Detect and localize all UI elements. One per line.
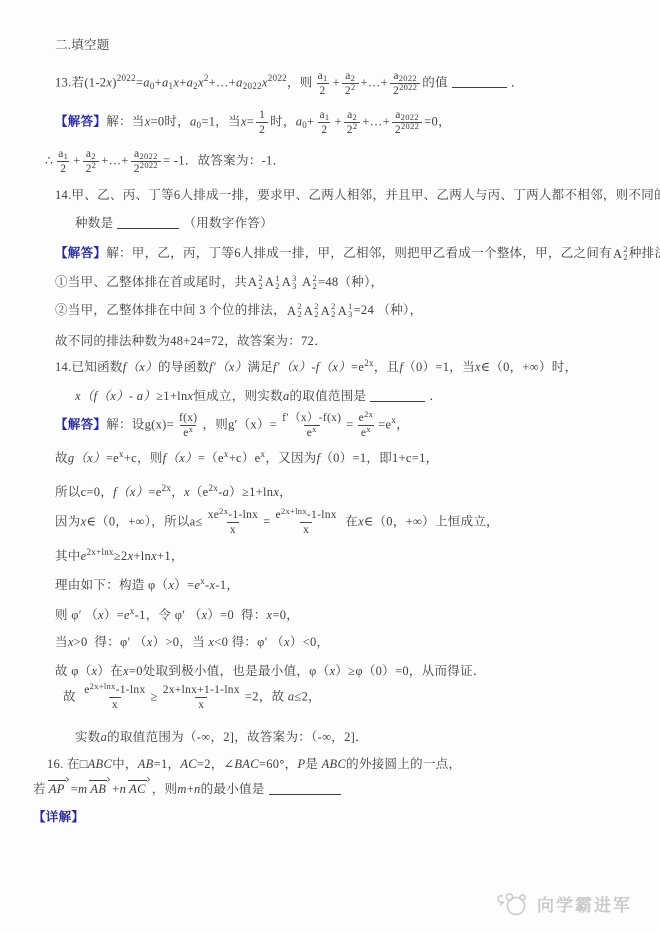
superscript: x	[261, 449, 266, 459]
permutation-symbol: A13	[338, 302, 353, 321]
text-run: +…+	[362, 114, 390, 128]
text-run: ，	[279, 485, 292, 499]
superscript: 2	[204, 73, 209, 83]
text-run: 14.甲、乙、丙、丁等6人排成一排，要求甲、乙两人相邻，并且甲、乙两人与丙、丁两…	[55, 188, 660, 202]
text-run: 故 φ（	[55, 664, 92, 678]
text-run: a	[58, 148, 63, 160]
q15-solution-line-10: 故 e2x+lnx-1-lnxx≥2x+lnx+1-1-lnxx=2，故 a≤2…	[63, 683, 640, 712]
text-run: 种排法，	[629, 246, 660, 260]
q15-solution-line-4: 因为x∈（0，+∞），所以a≤xe2x-1-lnxx=e2x+lnx-1-lnx…	[55, 508, 640, 537]
fraction: a222	[342, 69, 359, 98]
text-run: =e	[106, 451, 119, 465]
text-run: 的外接圆上的一点，	[346, 757, 461, 771]
superscript: x	[189, 424, 194, 434]
text-run: +	[112, 782, 119, 796]
text-run: =	[71, 782, 78, 796]
fraction: f(x)ex	[176, 411, 200, 440]
text-run	[298, 275, 301, 289]
text-run: ）>0，当	[153, 635, 209, 649]
text-run: 则 φ′ （	[55, 608, 98, 622]
answer-label: 【解答】	[55, 417, 106, 431]
section-title: 二.填空题	[55, 36, 640, 55]
text-run: ）≥1+ln	[229, 485, 273, 499]
text-run: =60°，	[259, 757, 298, 771]
subscript: 1	[64, 151, 69, 161]
math-variable: x	[198, 75, 204, 89]
math-variable: ABC	[88, 757, 113, 771]
math-variable: x（f（x）- a）	[75, 389, 156, 403]
permutation-symbol: A22	[321, 302, 336, 321]
text-run: 理由如下：构造 φ（	[55, 578, 168, 592]
fraction: a12	[316, 108, 332, 137]
math-variable: e	[124, 608, 130, 622]
watermark: 向学霸进军	[495, 889, 632, 917]
permutation-symbol: A12	[265, 273, 280, 292]
text-run: ．	[511, 75, 524, 89]
text-run: ，则	[287, 75, 313, 89]
fraction: 2x+lnx+1-1-lnxx	[160, 683, 243, 712]
text-run: ，	[396, 417, 409, 431]
text-run: 2	[60, 163, 66, 175]
math-variable: a	[190, 114, 197, 128]
fraction: a202222022	[131, 147, 161, 176]
text-run: =24 （种），	[354, 303, 423, 317]
fraction: a202222022	[390, 69, 420, 98]
math-variable: f（x）	[316, 360, 351, 374]
text-run: -1，令 φ′ （	[135, 608, 202, 622]
text-run: （0）=1，即1+c=1，	[320, 451, 438, 465]
answer-blank	[370, 390, 425, 402]
q13-solution-line-1: 【解答】解：当x=0时，a0=1，当x=12时，a0+a12+a222+…+a2…	[55, 108, 640, 137]
q15-solution-line-8: 当x>0 得：φ′ （x）>0，当 x<0 得：φ′ （x）<0，	[55, 633, 640, 652]
q16-question-line-1: 16. 在□ABC中，AB=1，AC=2，∠BAC=60°，P是 ABC的外接圆…	[47, 755, 640, 774]
superscript: 2x+lnx	[86, 547, 113, 557]
text-run: +…+	[361, 75, 389, 89]
answer-label: 【解答】	[55, 114, 106, 128]
text-run: ，	[171, 485, 184, 499]
text-run: =1，	[154, 757, 181, 771]
superscript: 2x	[364, 409, 373, 419]
text-run: 2	[134, 163, 140, 175]
text-run: 故不同的排法种数为48+24=72，故答案为：72．	[55, 334, 327, 348]
q14-solution-line-3: ②当甲，乙整体排在中间 3 个位的排法，A22A22A22A13=24 （种），	[55, 301, 640, 321]
text-run: 14.已知函数	[55, 360, 123, 374]
text-run: x	[230, 524, 236, 536]
fraction: a12	[55, 147, 71, 176]
vector-AC: AC	[128, 780, 150, 796]
fraction: a222	[344, 108, 361, 137]
text-run: 因为	[55, 514, 81, 528]
text-run: =0，	[424, 114, 451, 128]
text-run: ≤2，	[294, 689, 321, 703]
superscript: x	[312, 424, 317, 434]
math-variable: m	[177, 782, 186, 796]
text-run: -1-lnx	[116, 684, 146, 696]
subscript: 0	[302, 120, 307, 130]
text-run: 满足	[247, 360, 273, 374]
text-run: -1-lnx	[228, 509, 258, 521]
math-variable: g（x）	[68, 451, 106, 465]
text-run: +…+	[209, 75, 237, 89]
text-run: 2	[320, 85, 326, 97]
text-run: -1，	[215, 578, 239, 592]
text-run: +…+	[101, 153, 129, 167]
subscript: 1	[325, 112, 330, 122]
q16-question-line-2: 若AP=mAB+nAC，则m+n的最小值是	[33, 780, 640, 799]
fraction: e2xex	[356, 411, 377, 440]
q14-question-line-2: 种数是（用数字作答）	[75, 214, 640, 233]
superscript: 2x	[162, 483, 172, 493]
q14-question-line-1: 14.甲、乙、丙、丁等6人排成一排，要求甲、乙两人相邻，并且甲、乙两人与丙、丁两…	[55, 186, 640, 205]
text-run: 所以c=0，	[55, 485, 113, 499]
answer-blank	[452, 76, 507, 88]
text-run: +ln	[133, 549, 151, 563]
text-run: （e	[190, 485, 209, 499]
superscript: 2x	[364, 358, 374, 368]
q15-solution-line-6: 理由如下：构造 φ（x）=ex-x-1，	[55, 576, 640, 596]
answer-label: 【详解】	[33, 810, 84, 824]
text-run: 2	[321, 124, 327, 136]
math-variable: f（x）	[123, 360, 158, 374]
text-run: （用数字作答）	[183, 216, 273, 230]
document-body: 二.填空题13.若(1-2x)2022=a0+a1x+a2x2+…+a2022x…	[0, 0, 660, 827]
text-run: <0 得：φ′ （	[214, 635, 284, 649]
text-run: +	[179, 75, 186, 89]
text-run: x	[112, 699, 118, 711]
fraction: a222	[83, 147, 100, 176]
text-run: 是	[305, 757, 321, 771]
superscript: 2022	[117, 73, 136, 83]
text-run: =	[247, 114, 254, 128]
text-run: +	[155, 75, 162, 89]
text-run: +	[333, 75, 340, 89]
fraction: a202222022	[392, 108, 422, 137]
text-run: ①当甲、乙整体排在首或尾时，共	[55, 275, 247, 289]
superscript: x	[200, 576, 205, 586]
text-run: 解：设g(x)=	[106, 417, 174, 431]
text-run: +	[73, 153, 80, 167]
q14-solution-line-4: 故不同的排法种数为48+24=72，故答案为：72．	[55, 332, 640, 351]
math-variable: AB	[138, 757, 154, 771]
text-run: 故	[55, 451, 68, 465]
permutation-symbol: A22	[304, 302, 319, 321]
permutation-symbol: A22	[287, 302, 302, 321]
text-run: ）=0 得：	[207, 608, 266, 622]
text-run: =（e	[198, 451, 224, 465]
q15-solution-line-9: 故 φ（x）在x=0处取到极小值，也是最小值，φ（x）≥φ（0）=0，从而得证．	[55, 662, 640, 681]
text-run: =	[346, 417, 353, 431]
answer-label: 【解答】	[55, 246, 106, 260]
text-run: f(x)	[179, 412, 197, 424]
text-run: 的导函数	[158, 360, 209, 374]
text-run: ≥1+ln	[156, 389, 187, 403]
watermark-text: 向学霸进军	[537, 891, 632, 916]
math-variable: f′（x）	[273, 360, 311, 374]
text-run: 16. 在□	[47, 757, 88, 771]
text-run: +	[334, 114, 341, 128]
q14-solution-line-1: 【解答】解：甲，乙，丙，丁等6人排成一排，甲，乙相邻，则把甲乙看成一个整体，甲，…	[55, 244, 640, 264]
text-run: 的最小值是	[201, 782, 265, 796]
text-run: +c，则	[124, 451, 163, 465]
text-run: 的值	[422, 75, 448, 89]
q15-question-line-2: x（f（x）- a）≥1+lnx恒成立，则实数a的取值范围是．	[75, 387, 640, 406]
text-run: ，又因为	[265, 451, 316, 465]
text-run: a	[393, 70, 398, 82]
superscript: 2	[351, 82, 356, 92]
q15-solution-line-1: 【解答】解：设g(x)=f(x)ex，则g′（x）=f′（x）-f(x)ex=e…	[55, 411, 640, 440]
superscript: 2	[353, 121, 358, 131]
text-run: xe	[208, 509, 219, 521]
text-run: 二.填空题	[55, 38, 110, 52]
superscript: 2022	[399, 82, 417, 92]
text-run: ）=	[104, 608, 124, 622]
text-run: ∈（0，+∞）上恒成立，	[364, 514, 499, 528]
text-run: 实数	[75, 730, 101, 744]
math-variable: BAC	[234, 757, 259, 771]
text-run: 当	[55, 635, 68, 649]
q15-solution-line-2: 故g（x）=ex+c，则f（x）=（ex+c）ex，又因为f（0）=1，即1+c…	[55, 449, 640, 469]
text-run: =0时，	[150, 114, 190, 128]
q13-question: 13.若(1-2x)2022=a0+a1x+a2x2+…+a2022x2022，…	[55, 69, 640, 98]
vector-AB: AB	[89, 780, 110, 796]
text-run: ∈（0，+∞），所以a≤	[86, 514, 202, 528]
text-run: x	[198, 699, 204, 711]
text-run: 其中	[55, 549, 81, 563]
text-run: +	[187, 782, 194, 796]
text-run: ≥	[151, 689, 158, 703]
text-run: 故	[63, 689, 79, 703]
mascot-logo-icon	[495, 889, 531, 917]
text-run: 2	[259, 124, 265, 136]
text-run: 解：甲，乙，丙，丁等6人排成一排，甲，乙相邻，则把甲乙看成一个整体，甲，乙之间有	[106, 246, 612, 260]
permutation-symbol: A22	[302, 273, 317, 292]
superscript: 2x+lnx	[281, 506, 307, 516]
math-variable: a	[143, 75, 150, 89]
text-run: 中，	[112, 757, 138, 771]
text-run: a	[395, 109, 400, 121]
text-run: 2	[347, 124, 353, 136]
text-run: =e	[378, 417, 391, 431]
text-run: =e	[148, 485, 161, 499]
text-run: 2	[86, 163, 92, 175]
text-run: 13.若(1-2	[55, 75, 106, 89]
q15-solution-line-5: 其中e2x+lnx≥2x+lnx+1，	[55, 547, 640, 567]
text-run: ②当甲，乙整体排在中间 3 个位的排法，	[55, 303, 286, 317]
superscript: 2	[92, 160, 97, 170]
math-variable: ABC	[322, 757, 347, 771]
text-run: f′（x）-f(x)	[282, 412, 341, 424]
text-run: ．	[429, 389, 442, 403]
fraction: 12	[256, 108, 268, 137]
text-run: a	[347, 109, 352, 121]
subscript: 2022	[243, 81, 262, 91]
text-run: e	[84, 684, 89, 696]
math-variable: AC	[180, 757, 197, 771]
text-run: ）在	[97, 664, 123, 678]
q15-solution-line-7: 则 φ′ （x）=ex-1，令 φ′ （x）=0 得：x=0，	[55, 606, 640, 626]
permutation-symbol: A22	[248, 273, 263, 292]
subscript: 0	[197, 120, 202, 130]
text-run: 解：当	[106, 114, 144, 128]
text-run: 种数是	[75, 216, 113, 230]
text-run: 的取值范围是	[290, 389, 367, 403]
text-run: 1	[259, 109, 265, 121]
text-run: +c）e	[229, 451, 261, 465]
text-run: +1，	[157, 549, 184, 563]
text-run: =1，当	[201, 114, 241, 128]
q15-question-line-1: 14.已知函数f（x）的导函数f′（x）满足f′（x）-f（x）=e2x，且f（…	[55, 358, 640, 378]
text-run: e	[183, 427, 188, 439]
text-run: -1-lnx	[307, 509, 337, 521]
text-run: 若	[33, 782, 46, 796]
text-run: ∈（0，+∞）时，	[481, 360, 578, 374]
subscript: 0	[150, 81, 155, 91]
q15-solution-line-3: 所以c=0，f（x）=e2x，x（e2x-a）≥1+lnx，	[55, 483, 640, 503]
subscript: 2	[193, 81, 198, 91]
superscript: x	[130, 606, 135, 616]
permutation-symbol: A22	[613, 245, 628, 264]
text-run: ≥2	[114, 549, 128, 563]
text-run: =0，	[272, 608, 299, 622]
q15-solution-line-11: 实数a的取值范围为（-∞，2]，故答案为：（-∞，2]．	[75, 728, 640, 747]
text-run: ，且	[374, 360, 400, 374]
text-run: >0 得：φ′ （	[74, 635, 147, 649]
text-run: ）=	[174, 578, 194, 592]
text-run: ∴	[45, 153, 53, 167]
text-run: ）<0，	[290, 635, 330, 649]
math-variable: f（x）	[163, 451, 198, 465]
text-run: x	[303, 524, 309, 536]
text-run: ，则g′（x）=	[202, 417, 277, 431]
text-run: +	[307, 114, 314, 128]
math-variable: a	[162, 75, 169, 89]
text-run: =0处取到极小值，也是最小值，φ（	[129, 664, 330, 678]
q14-solution-line-2: ①当甲、乙整体排在首或尾时，共A22A12A33 A22=48（种），	[55, 273, 640, 293]
text-run: ，则	[152, 782, 178, 796]
text-run: 时，	[270, 114, 296, 128]
fraction: e2x+lnx-1-lnxx	[273, 508, 340, 537]
fraction: xe2x-1-lnxx	[205, 508, 261, 537]
subscript: 1	[323, 73, 328, 83]
math-variable: f′（x）	[209, 360, 247, 374]
superscript: x	[119, 449, 124, 459]
subscript: 1	[169, 81, 174, 91]
text-run: =	[263, 514, 270, 528]
fraction: a12	[315, 69, 331, 98]
text-run: 的取值范围为（-∞，2]，故答案为：（-∞，2]．	[107, 730, 368, 744]
q16-detail-label: 【详解】	[33, 808, 640, 827]
text-run: 2x+lnx+1-1-lnx	[163, 684, 240, 696]
superscript: x	[224, 449, 229, 459]
document-page: 二.填空题13.若(1-2x)2022=a0+a1x+a2x2+…+a2022x…	[0, 0, 660, 933]
text-run: = -1．故答案为：-1．	[163, 153, 285, 167]
text-run: =e	[351, 360, 364, 374]
math-variable: f（x）	[113, 485, 148, 499]
superscript: 2x	[209, 483, 219, 493]
superscript: 2022	[140, 160, 158, 170]
answer-blank	[269, 783, 341, 795]
math-variable: a	[236, 75, 243, 89]
text-run: a	[345, 70, 350, 82]
superscript: 2022	[401, 121, 419, 131]
permutation-symbol: A33	[282, 273, 297, 292]
superscript: 2x	[219, 506, 228, 516]
text-run: 恒成立，则实数	[193, 389, 283, 403]
text-run: =48（种），	[318, 275, 383, 289]
fraction: f′（x）-f(x)ex	[279, 411, 344, 440]
text-run: =2，∠	[197, 757, 234, 771]
text-run: 在	[342, 514, 358, 528]
math-variable: m	[78, 782, 87, 796]
answer-blank	[117, 217, 179, 229]
fraction: e2x+lnx-1-lnxx	[81, 683, 148, 712]
text-run: ）≥φ（0）=0，从而得证．	[335, 664, 485, 678]
superscript: x	[391, 415, 396, 425]
vector-AP: AP	[48, 780, 69, 796]
superscript: 2022	[268, 73, 287, 83]
text-run: =2，故	[245, 689, 288, 703]
math-variable: n	[120, 782, 127, 796]
superscript: 2x+lnx	[90, 681, 116, 691]
q13-solution-line-2: ∴a12+a222+…+a202222022= -1．故答案为：-1．	[45, 147, 640, 176]
superscript: x	[366, 424, 371, 434]
text-run: （0）=1，当	[403, 360, 475, 374]
math-variable: x	[262, 75, 268, 89]
